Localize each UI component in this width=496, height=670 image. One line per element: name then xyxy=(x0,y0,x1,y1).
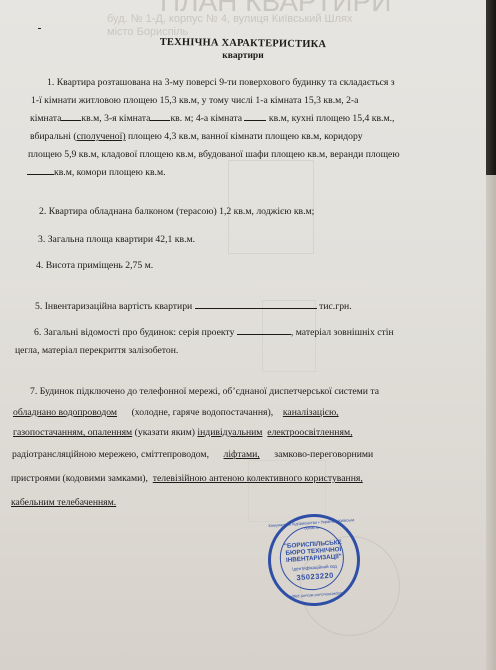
electricity: електроосвітленням, xyxy=(267,427,352,438)
section-7-line-5: пристроями (кодовими замками), телевізій… xyxy=(11,470,363,488)
document-subtitle: квартири xyxy=(0,51,486,61)
inventory-value-unit: тис.грн. xyxy=(319,301,352,312)
intercom: замково-переговорними xyxy=(274,449,373,460)
room-3-label: кв.м, 3-я кімната xyxy=(81,113,150,124)
section-7-line-3: газопостачанням, опаленням (указати яким… xyxy=(13,424,353,442)
individual-heating: індивідуальним xyxy=(197,427,262,438)
elevators: ліфтами, xyxy=(224,449,260,460)
official-stamp: Комунальне підприємство • Україна • Київ… xyxy=(265,511,363,609)
document-page: ПЛАН КВАРТИРИ буд. № 1-Д, корпус № 4, ву… xyxy=(0,0,486,670)
project-series-blank xyxy=(237,325,291,335)
sewerage: каналізацією, xyxy=(283,407,339,418)
section-7-line-1: 7. Будинок підключено до телефонної мере… xyxy=(30,383,379,401)
room-4-label: кв. м; 4-а кімната xyxy=(170,113,242,124)
section-1-line-1: 1. Квартира розташована на 3-му поверсі … xyxy=(47,74,395,92)
section-1-line-5: площею 5,9 кв.м, кладової площею кв.м, в… xyxy=(28,146,400,164)
ghost-address-line: буд. № 1-Д, корпус № 4, вулиця Київський… xyxy=(107,13,352,25)
bathroom-area: площею 4,3 кв.м, ванної кімнати площею к… xyxy=(126,131,363,142)
section-5: 5. Інвентаризаційна вартість квартири ти… xyxy=(35,298,352,316)
inventory-value-label: 5. Інвентаризаційна вартість квартири xyxy=(35,301,192,312)
bathroom-label: вбиральні ( xyxy=(30,131,77,142)
kitchen-area: кв.м, кухні площею 15,4 кв.м., xyxy=(269,113,395,124)
wall-material-label: , матеріал зовнішніх стін xyxy=(291,327,394,338)
combined-label: сполученої) xyxy=(77,131,126,142)
room-4-blank xyxy=(244,111,266,121)
page-edge-lower xyxy=(486,175,496,670)
water-type: (холодне, гаряче водопостачання), xyxy=(132,407,274,418)
section-7-line-2: обладнано водопроводом (холодне, гаряче … xyxy=(13,404,339,422)
section-1-line-2: 1-ї кімнати житловою площею 15,3 кв.м, у… xyxy=(31,92,358,110)
veranda-blank xyxy=(27,165,54,175)
scan-mark xyxy=(38,28,41,29)
room-2-label: кімната xyxy=(30,113,61,124)
code-locks: пристроями (кодовими замками), xyxy=(11,473,148,484)
radio-garbage: радіотрансляційною мережею, сміттепровод… xyxy=(12,449,209,460)
section-4: 4. Висота приміщень 2,75 м. xyxy=(36,257,153,275)
heating-type-hint: (указати яким) xyxy=(132,427,197,438)
section-6-line-2: цегла, матеріал перекриття залізобетон. xyxy=(15,342,178,360)
tv-antenna: телевізійною антеною колективного корист… xyxy=(153,473,363,484)
section-1-line-6: кв.м, комори площею кв.м. xyxy=(27,164,166,182)
section-7-line-4: радіотрансляційною мережею, сміттепровод… xyxy=(12,446,373,464)
section-1-line-4: вбиральні (сполученої) площею 4,3 кв.м, … xyxy=(30,128,363,146)
stamp-organization-name: "БОРИСПІЛЬСЬКЕ БЮРО ТЕХНІЧНОЇ ІНВЕНТАРИЗ… xyxy=(270,538,357,565)
project-series-label: 6. Загальні відомості про будинок: серія… xyxy=(34,327,234,338)
section-6-line-1: 6. Загальні відомості про будинок: серія… xyxy=(34,324,394,342)
section-3: 3. Загальна площа квартири 42,1 кв.м. xyxy=(38,231,195,249)
section-1-line-3: кімнатакв.м, 3-я кімнатакв. м; 4-а кімна… xyxy=(30,110,394,128)
section-2: 2. Квартира обладнана балконом (терасою)… xyxy=(39,203,314,221)
room-3-blank xyxy=(150,111,170,121)
storage-area: кв.м, комори площею кв.м. xyxy=(54,167,166,178)
document-title: ТЕХНІЧНА ХАРАКТЕРИСТИКА xyxy=(0,35,486,53)
cable-tv: кабельним телебаченням. xyxy=(11,497,116,508)
inventory-value-blank xyxy=(195,299,317,309)
water-supply: обладнано водопроводом xyxy=(13,407,117,418)
gas-heating: газопостачанням, опаленням xyxy=(13,427,132,438)
section-7-line-6: кабельним телебаченням. xyxy=(11,494,116,512)
room-2-blank xyxy=(61,111,81,121)
